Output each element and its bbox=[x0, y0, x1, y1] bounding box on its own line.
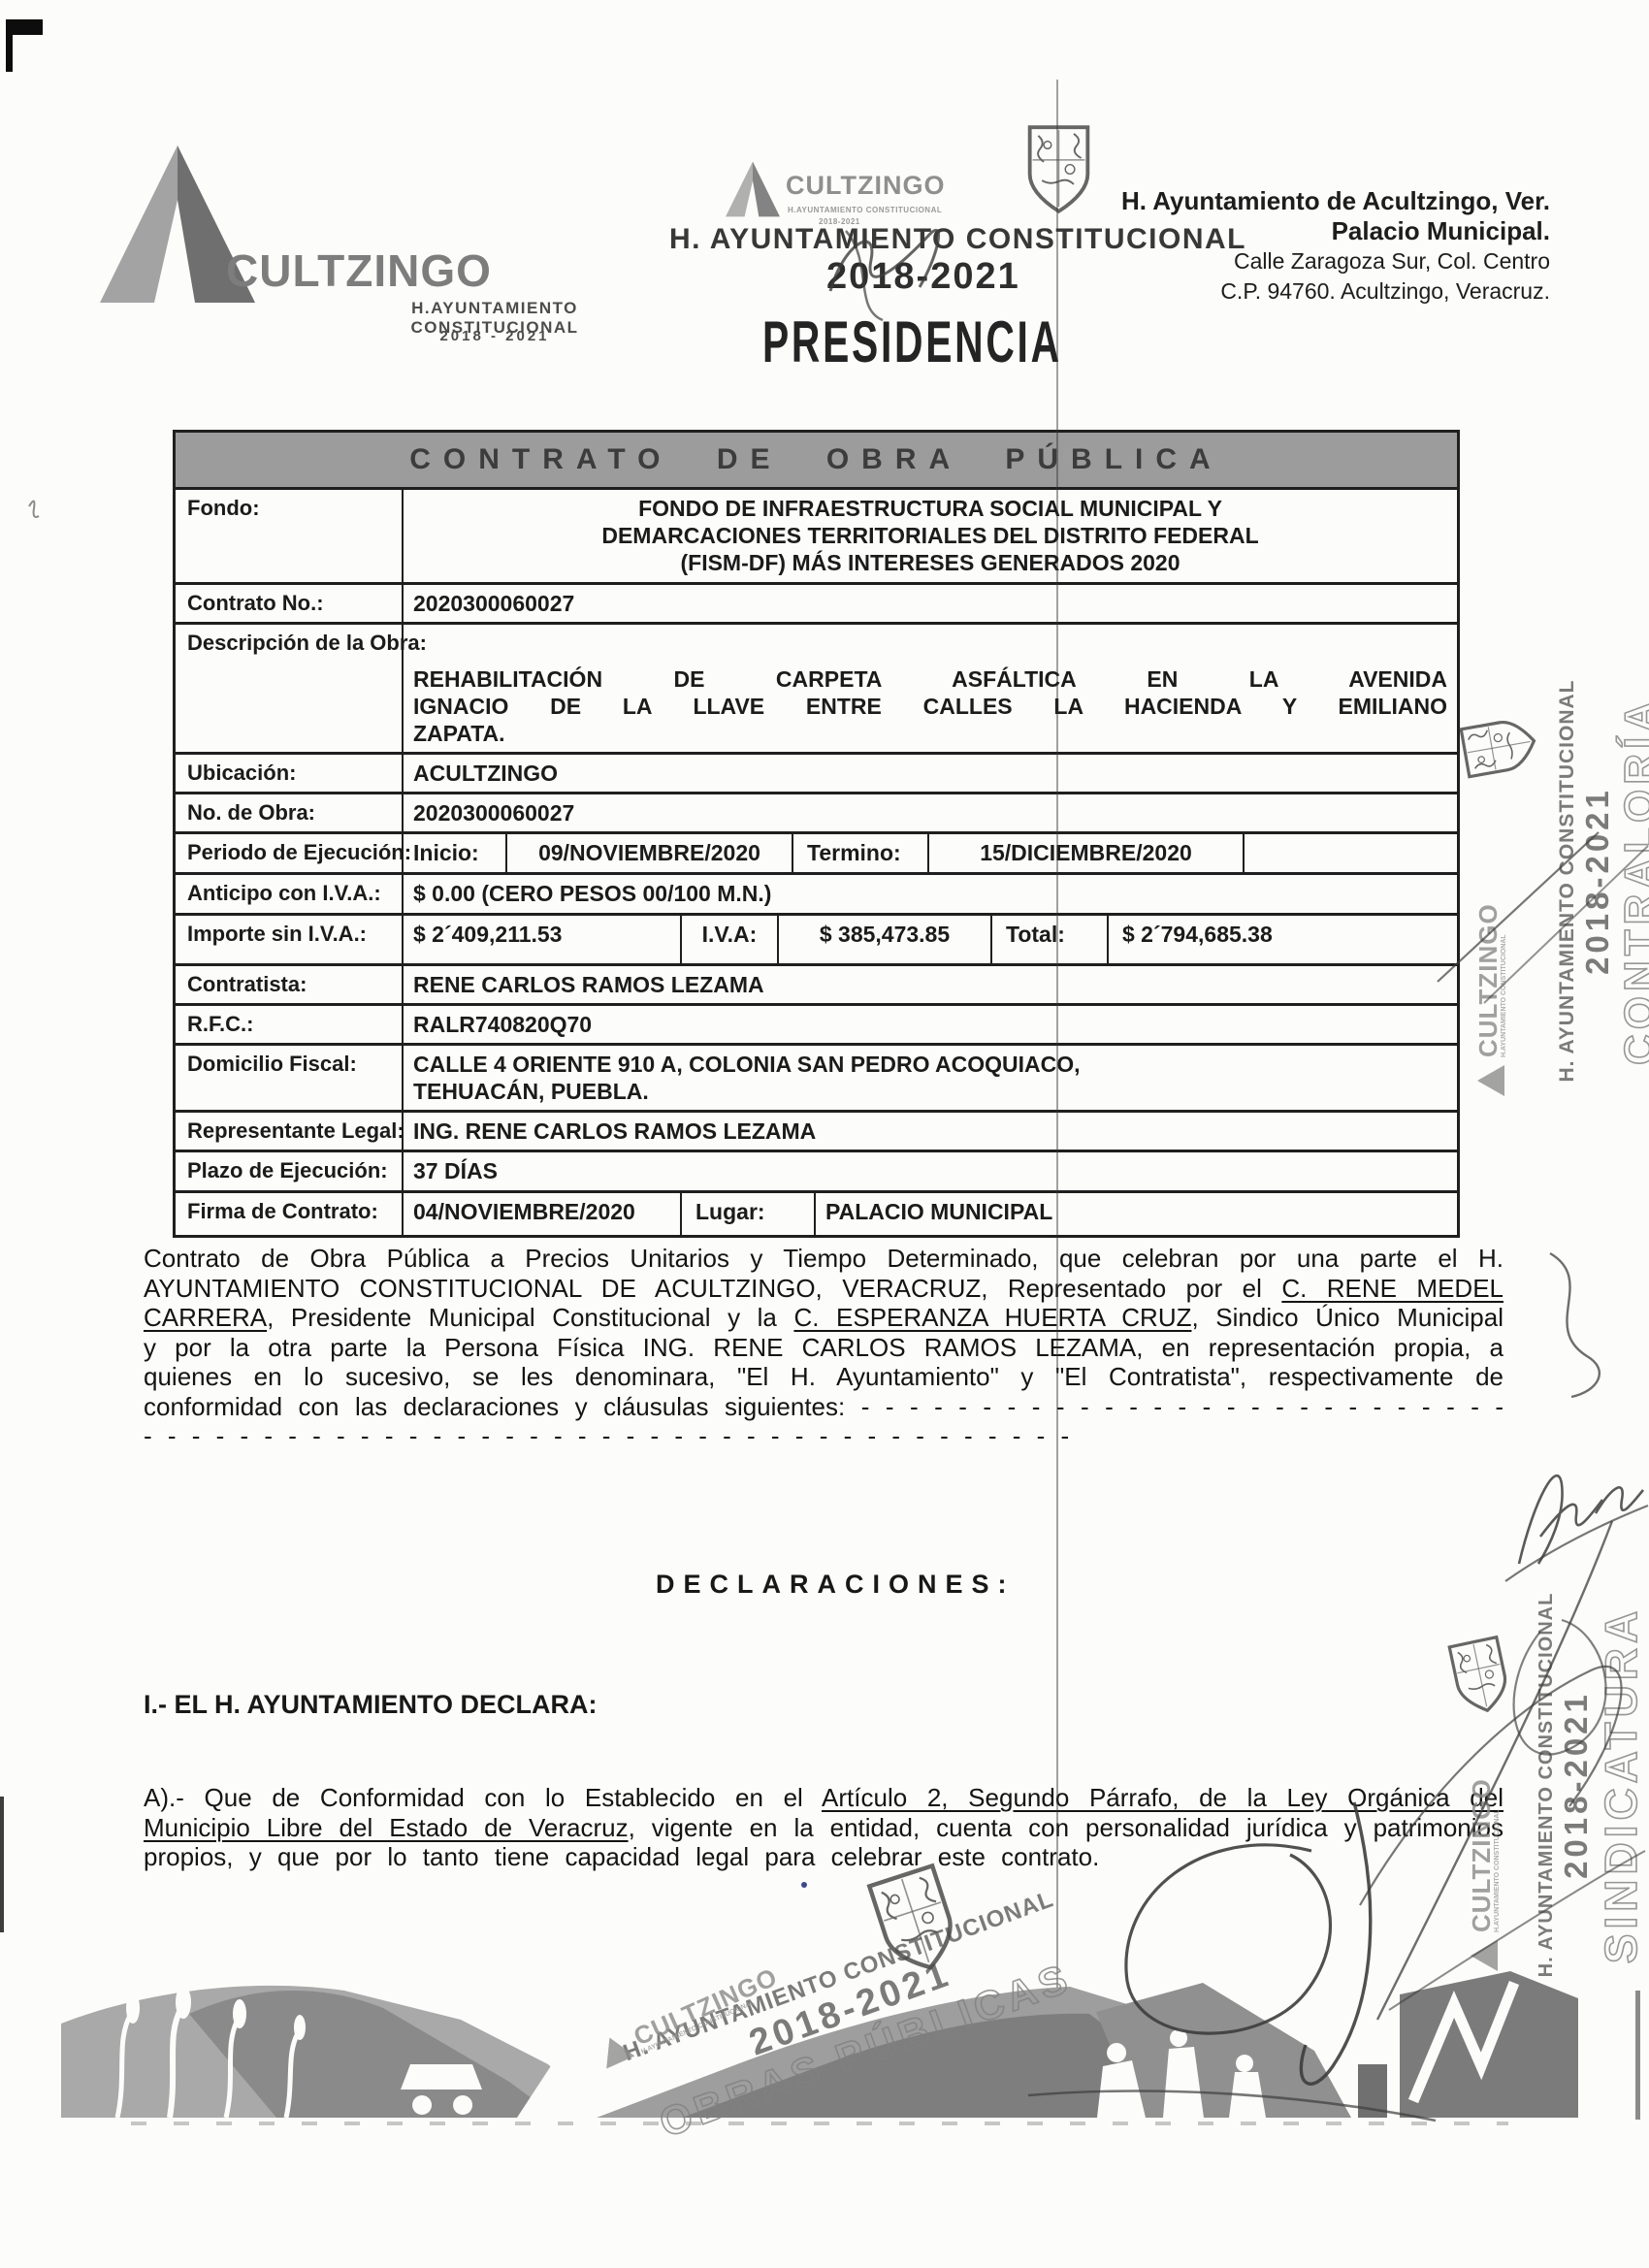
lugar-label: Lugar: bbox=[682, 1193, 816, 1235]
row-value: $ 0.00 (CERO PESOS 00/100 M.N.) bbox=[404, 875, 1457, 913]
table-row-representante: Representante Legal: ING. RENE CARLOS RA… bbox=[173, 1113, 1460, 1152]
row-value: RENE CARLOS RAMOS LEZAMA bbox=[404, 966, 1457, 1003]
row-label: Ubicación: bbox=[176, 755, 404, 792]
row-label: Firma de Contrato: bbox=[176, 1193, 404, 1235]
row-value: CALLE 4 ORIENTE 910 A, COLONIA SAN PEDRO… bbox=[404, 1046, 1457, 1110]
importe-value: $ 2´409,211.53 bbox=[404, 916, 682, 963]
value-line: (FISM-DF) MÁS INTERESES GENERADOS 2020 bbox=[413, 549, 1447, 576]
acultzingo-mini-logo-icon bbox=[726, 161, 780, 217]
declara-i-heading: I.- EL H. AYUNTAMIENTO DECLARA: bbox=[144, 1690, 598, 1720]
declaraciones-heading: DECLARACIONES: bbox=[656, 1570, 1016, 1600]
row-label: Fondo: bbox=[176, 490, 404, 582]
iva-label: I.V.A: bbox=[682, 916, 779, 963]
table-row-contratista: Contratista: RENE CARLOS RAMOS LEZAMA bbox=[173, 966, 1460, 1006]
inicio-label: Inicio: bbox=[404, 834, 507, 872]
lugar-value: PALACIO MUNICIPAL bbox=[816, 1193, 1457, 1235]
clause-a-paragraph: A).- Que de Conformidad con lo Estableci… bbox=[144, 1783, 1503, 1872]
total-label: Total: bbox=[992, 916, 1109, 963]
iva-value: $ 385,473.85 bbox=[779, 916, 992, 963]
table-row-plazo: Plazo de Ejecución: 37 DÍAS bbox=[173, 1152, 1460, 1193]
scan-fold-line bbox=[1056, 80, 1058, 2117]
stamp-years: 2018-2021 bbox=[1579, 787, 1616, 975]
stamp-contraloria-logo: CULTZINGO H.AYUNTAMIENTO CONSTITUCIONAL bbox=[1460, 805, 1522, 1096]
value-line: REHABILITACIÓN DE CARPETA ASFÁLTICA EN L… bbox=[413, 665, 1447, 693]
row-value: 2020300060027 bbox=[404, 585, 1457, 622]
row-label: Contrato No.: bbox=[176, 585, 404, 622]
contract-table-title: CONTRATO DE OBRA PÚBLICA bbox=[173, 430, 1460, 490]
value-line: DEMARCACIONES TERRITORIALES DEL DISTRITO… bbox=[413, 522, 1447, 549]
total-value: $ 2´794,685.38 bbox=[1109, 916, 1457, 963]
table-row-ubicacion: Ubicación: ACULTZINGO bbox=[173, 755, 1460, 794]
value-line: ZAPATA. bbox=[413, 720, 1447, 747]
stamp-office: SINDICATURA bbox=[1595, 1606, 1647, 1963]
stamp-logo-wordmark: CULTZINGO bbox=[1475, 903, 1501, 1057]
margin-signature-squiggle bbox=[1550, 1253, 1600, 1397]
mini-logo-tagline: H.AYUNTAMIENTO CONSTITUCIONAL bbox=[788, 206, 942, 214]
row-label: R.F.C.: bbox=[176, 1006, 404, 1043]
mini-logo-wordmark: CULTZINGO bbox=[786, 171, 945, 201]
address-line: C.P. 94760. Acultzingo, Veracruz. bbox=[1121, 276, 1550, 307]
table-row-firma: Firma de Contrato: 04/NOVIEMBRE/2020 Lug… bbox=[173, 1193, 1460, 1238]
scan-artifact bbox=[6, 19, 13, 72]
table-row-descripcion: Descripción de la Obra: REHABILITACIÓN D… bbox=[173, 625, 1460, 755]
logo-years: 2018 - 2021 bbox=[332, 328, 658, 344]
row-value: ACULTZINGO bbox=[404, 755, 1457, 792]
handwritten-name-signature bbox=[1519, 1475, 1643, 1564]
coat-of-arms-icon bbox=[1427, 1629, 1535, 1724]
stamp-org-line: H. AYUNTAMIENTO CONSTITUCIONAL bbox=[1556, 680, 1579, 1083]
ink-dot bbox=[801, 1882, 807, 1888]
empty-cell bbox=[1245, 834, 1457, 872]
row-value: 37 DÍAS bbox=[404, 1152, 1457, 1190]
inicio-date: 09/NOVIEMBRE/2020 bbox=[507, 834, 793, 872]
row-label: Anticipo con I.V.A.: bbox=[176, 875, 404, 913]
stamp-contraloria: H. AYUNTAMIENTO CONSTITUCIONAL 2018-2021… bbox=[1557, 638, 1649, 1123]
table-row-no-obra: No. de Obra: 2020300060027 bbox=[173, 794, 1460, 834]
margin-pen-mark bbox=[29, 501, 39, 517]
row-label: Plazo de Ejecución: bbox=[176, 1152, 404, 1190]
row-value: RALR740820Q70 bbox=[404, 1006, 1457, 1043]
table-row-domicilio: Domicilio Fiscal: CALLE 4 ORIENTE 910 A,… bbox=[173, 1046, 1460, 1113]
underlined-name: C. ESPERANZA HUERTA CRUZ bbox=[793, 1303, 1191, 1332]
row-label: Descripción de la Obra: bbox=[176, 625, 404, 752]
scan-artifact bbox=[1635, 1991, 1640, 2120]
row-label: Representante Legal: bbox=[176, 1113, 404, 1150]
header-years: 2018-2021 bbox=[826, 256, 1020, 298]
table-row-rfc: R.F.C.: RALR740820Q70 bbox=[173, 1006, 1460, 1046]
acultzingo-triangle-icon bbox=[1477, 1065, 1504, 1096]
row-value: REHABILITACIÓN DE CARPETA ASFÁLTICA EN L… bbox=[404, 625, 1457, 752]
header-office-presidencia: PRESIDENCIA bbox=[762, 308, 1062, 375]
stamp-office: CONTRALORÍA bbox=[1616, 697, 1649, 1065]
value-line: TEHUACÁN, PUEBLA. bbox=[413, 1078, 1447, 1105]
paragraph-text: , Presidente Municipal Constitucional y … bbox=[267, 1303, 793, 1332]
value-line: FONDO DE INFRAESTRUCTURA SOCIAL MUNICIPA… bbox=[413, 495, 1447, 522]
table-row-fondo: Fondo: FONDO DE INFRAESTRUCTURA SOCIAL M… bbox=[173, 490, 1460, 585]
firma-date: 04/NOVIEMBRE/2020 bbox=[404, 1193, 682, 1235]
scanned-contract-page: CULTZINGO H.AYUNTAMIENTO CONSTITUCIONAL … bbox=[0, 0, 1649, 2268]
address-line: H. Ayuntamiento de Acultzingo, Ver. bbox=[1121, 186, 1550, 216]
footer-landscape-art bbox=[53, 1919, 1586, 2127]
row-label: Contratista: bbox=[176, 966, 404, 1003]
contract-table: CONTRATO DE OBRA PÚBLICA Fondo: FONDO DE… bbox=[173, 430, 1460, 1238]
scan-artifact bbox=[0, 1797, 4, 1932]
termino-label: Termino: bbox=[793, 834, 929, 872]
row-label: Periodo de Ejecución: bbox=[176, 834, 404, 872]
row-label: Domicilio Fiscal: bbox=[176, 1046, 404, 1110]
table-row-importe: Importe sin I.V.A.: $ 2´409,211.53 I.V.A… bbox=[173, 916, 1460, 966]
value-line: IGNACIO DE LA LLAVE ENTRE CALLES LA HACI… bbox=[413, 693, 1447, 720]
address-block: H. Ayuntamiento de Acultzingo, Ver. Pala… bbox=[1121, 186, 1550, 307]
coat-of-arms-icon bbox=[1454, 700, 1544, 794]
stamp-logo-tagline: H.AYUNTAMIENTO CONSTITUCIONAL bbox=[1501, 903, 1507, 1057]
opening-paragraph: Contrato de Obra Pública a Precios Unita… bbox=[144, 1244, 1503, 1451]
stamp-years: 2018-2021 bbox=[1558, 1691, 1595, 1879]
row-value: FONDO DE INFRAESTRUCTURA SOCIAL MUNICIPA… bbox=[404, 490, 1457, 582]
address-line: Calle Zaragoza Sur, Col. Centro bbox=[1121, 246, 1550, 276]
coat-of-arms-icon bbox=[1021, 122, 1096, 216]
contraloria-signature-stroke bbox=[1438, 832, 1599, 982]
address-line: Palacio Municipal. bbox=[1121, 216, 1550, 246]
row-value: ING. RENE CARLOS RAMOS LEZAMA bbox=[404, 1113, 1457, 1150]
row-value: 2020300060027 bbox=[404, 794, 1457, 831]
paragraph-text: A).- Que de Conformidad con lo Estableci… bbox=[144, 1783, 822, 1812]
row-label: No. de Obra: bbox=[176, 794, 404, 831]
logo-wordmark: CULTZINGO bbox=[226, 244, 492, 297]
table-row-contrato-no: Contrato No.: 2020300060027 bbox=[173, 585, 1460, 625]
table-row-periodo: Periodo de Ejecución: Inicio: 09/NOVIEMB… bbox=[173, 834, 1460, 875]
termino-date: 15/DICIEMBRE/2020 bbox=[929, 834, 1245, 872]
value-line: CALLE 4 ORIENTE 910 A, COLONIA SAN PEDRO… bbox=[413, 1051, 1447, 1078]
row-label: Importe sin I.V.A.: bbox=[176, 916, 404, 963]
table-row-anticipo: Anticipo con I.V.A.: $ 0.00 (CERO PESOS … bbox=[173, 875, 1460, 916]
